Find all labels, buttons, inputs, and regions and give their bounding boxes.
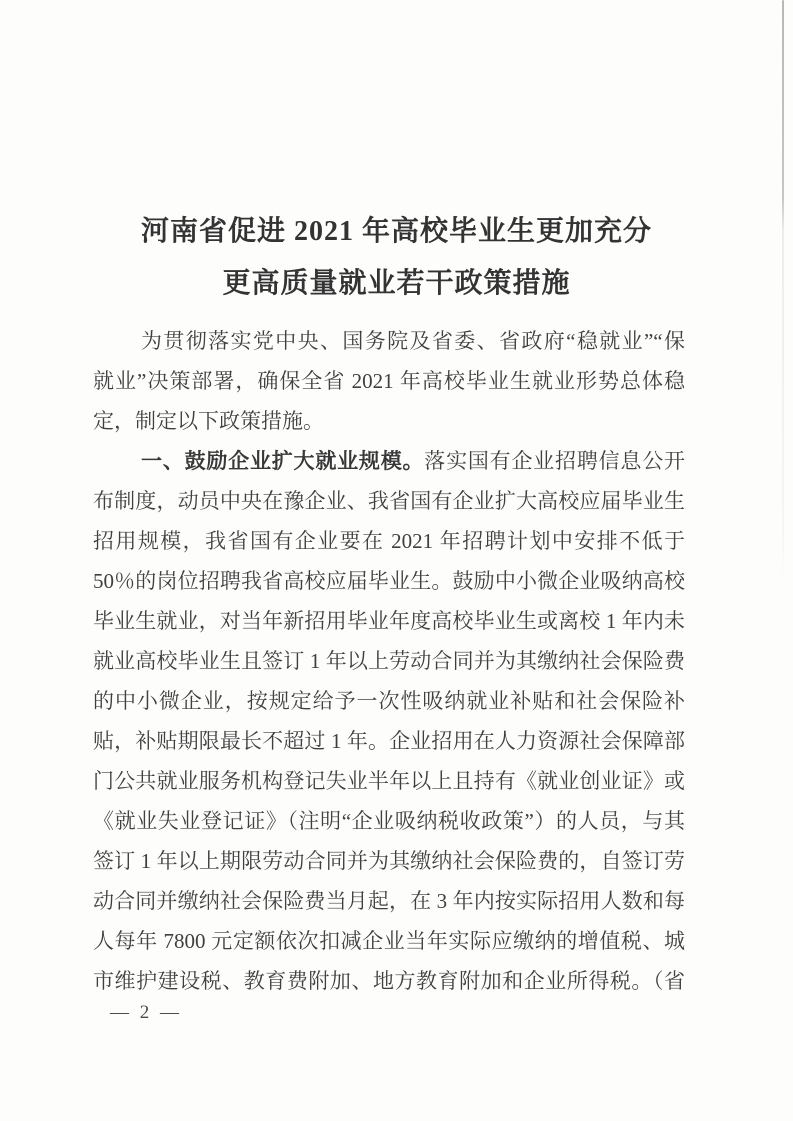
section1-line: 人每年 7800 元定额依次扣减企业当年实际应缴纳的增值税、城 <box>93 921 685 961</box>
section1-line: 招用规模，我省国有企业要在 2021 年招聘计划中安排不低于 <box>93 521 685 561</box>
title-line-1: 河南省促进 2021 年高校毕业生更加充分 <box>0 206 793 258</box>
section1-line: 《就业失业登记证》（注明“企业吸纳税收政策”）的人员，与其 <box>93 801 685 841</box>
section1-line: 门公共就业服务机构登记失业半年以上且持有《就业创业证》或 <box>93 761 685 801</box>
intro-line-2: 就业”决策部署，确保全省 2021 年高校毕业生就业形势总体稳 <box>93 361 685 401</box>
section1-heading-line: 一、鼓励企业扩大就业规模。落实国有企业招聘信息公开发 <box>93 441 685 481</box>
page-number: — 2 — <box>110 1002 182 1024</box>
section1-line: 动合同并缴纳社会保险费当月起，在 3 年内按实际招用人数和每 <box>93 881 685 921</box>
section1-line: 就业高校毕业生且签订 1 年以上劳动合同并为其缴纳社会保险费 <box>93 641 685 681</box>
section1-line: 布制度，动员中央在豫企业、我省国有企业扩大高校应届毕业生 <box>93 481 685 521</box>
scanned-document-page: 河南省促进 2021 年高校毕业生更加充分 更高质量就业若干政策措施 为贯彻落实… <box>0 0 793 1121</box>
document-title: 河南省促进 2021 年高校毕业生更加充分 更高质量就业若干政策措施 <box>0 206 793 310</box>
section1-line: 市维护建设税、教育费附加、地方教育附加和企业所得税。（省 <box>93 961 685 1001</box>
section1-line: 50％的岗位招聘我省高校应届毕业生。鼓励中小微企业吸纳高校 <box>93 561 685 601</box>
intro-line-1: 为贯彻落实党中央、国务院及省委、省政府“稳就业”“保 <box>93 321 685 361</box>
section1-line: 贴，补贴期限最长不超过 1 年。企业招用在人力资源社会保障部 <box>93 721 685 761</box>
section1-heading: 一、鼓励企业扩大就业规模。 <box>141 450 424 473</box>
title-line-2: 更高质量就业若干政策措施 <box>0 258 793 310</box>
document-body: 为贯彻落实党中央、国务院及省委、省政府“稳就业”“保 就业”决策部署，确保全省 … <box>93 321 685 1001</box>
section1-line: 的中小微企业，按规定给予一次性吸纳就业补贴和社会保险补 <box>93 681 685 721</box>
intro-line-3: 定，制定以下政策措施。 <box>93 401 685 441</box>
section1-line: 毕业生就业，对当年新招用毕业年度高校毕业生或离校 1 年内未 <box>93 601 685 641</box>
section1-line: 签订 1 年以上期限劳动合同并为其缴纳社会保险费的，自签订劳 <box>93 841 685 881</box>
